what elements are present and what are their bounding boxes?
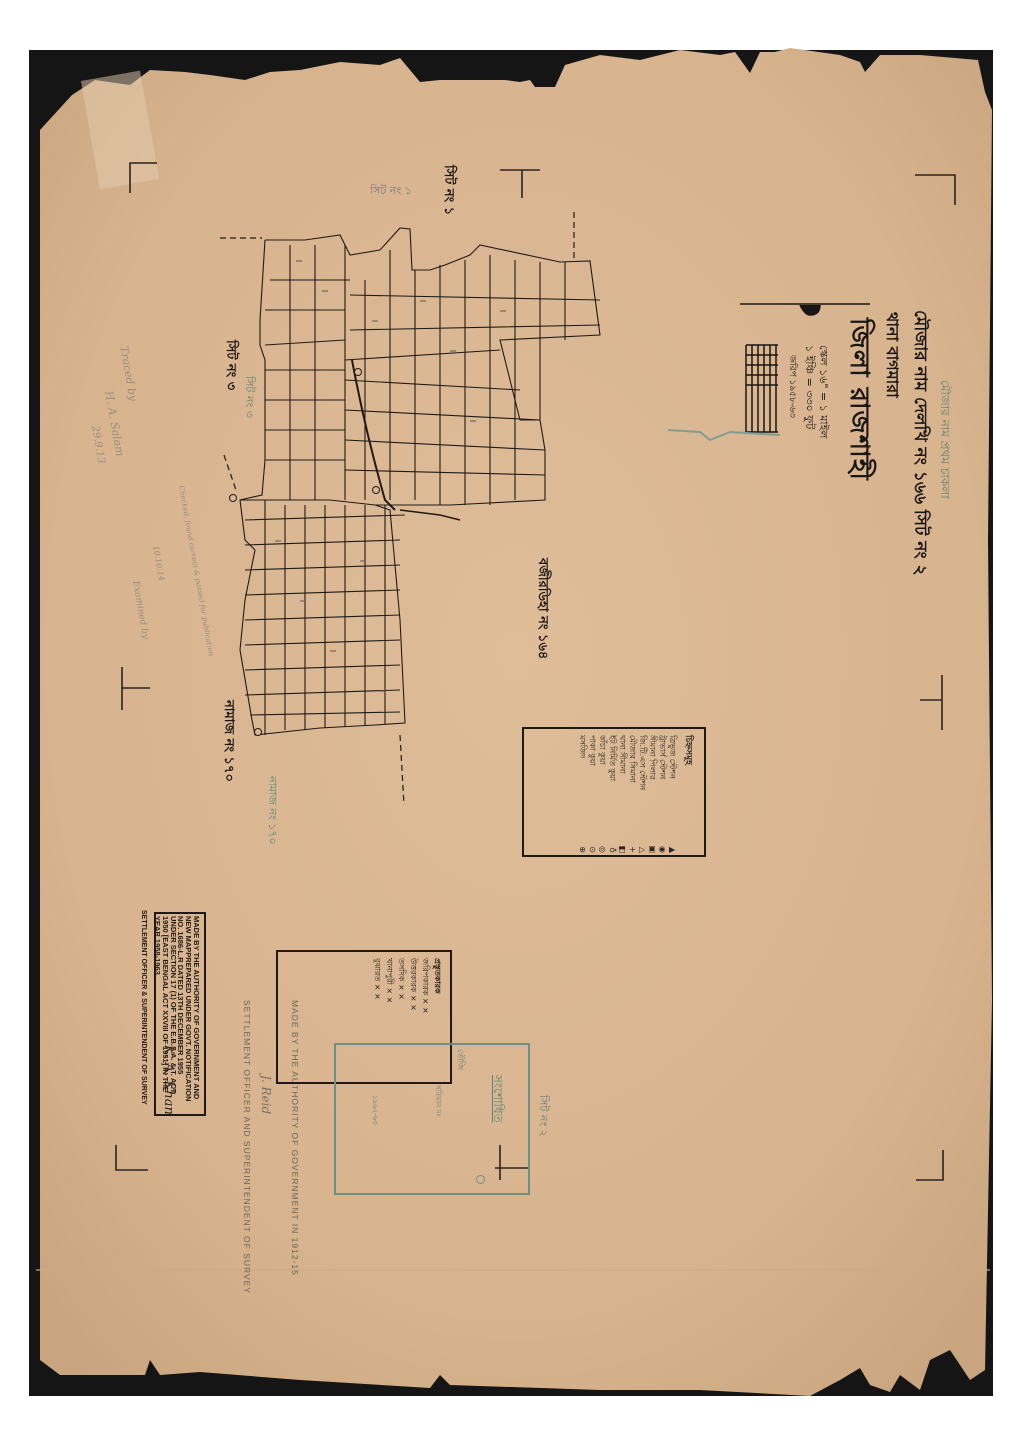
legend-item: কাঁচা কুয়া◎ — [597, 735, 607, 853]
triangle-icon: ▲ — [667, 847, 677, 853]
mosque-icon: ⊕ — [577, 846, 587, 853]
revision-title: সংশোধিত — [486, 1075, 506, 1123]
appendix-sheet-label: সিট নং ২ — [533, 1095, 552, 1137]
boundary-label-right: বজীরডিহা নং ১৬৪ — [531, 558, 552, 659]
survey-note: জরিপ ১৯৫৮-৬৩ — [785, 355, 800, 418]
sheet-label-top: সিট নং ১ — [437, 165, 458, 215]
boundary-cross-icon: + — [627, 846, 637, 853]
thana-boundary-icon: ◧ — [617, 845, 627, 853]
map-paper — [0, 0, 1024, 1447]
revision-note: খতিয়ান নং — [432, 1085, 444, 1117]
legend-item: জি.টি.এস স্টেশন△ — [637, 735, 647, 853]
legend-item: ইট নির্মিত কুয়া♁ — [607, 735, 617, 853]
boundary-label-bottom-green: নামাজ নং ১৭০ — [262, 776, 281, 845]
old-authority-signature: J. Reid — [259, 1075, 273, 1114]
legend-box: চিহ্নসমূহ ত্রিভুজ স্টেশন▲ ট্রাভার্স স্টে… — [522, 727, 706, 857]
sheet-label-top-green: সিট নং ১ — [370, 182, 412, 201]
authority-signature: K. A. Khan — [161, 1045, 176, 1115]
legend-item: সীমানা পিলার▣ — [647, 735, 657, 853]
pucca-well-icon: ⊙ — [587, 846, 597, 853]
sheet-label-left-green: সিট নং ৩ — [239, 376, 258, 418]
brick-well-icon: ♁ — [607, 847, 617, 853]
scale-line-2: ১ ইঞ্চি = ৩৩০ ফুট — [799, 345, 818, 429]
thana-line: থানা বাগমারা — [878, 312, 905, 398]
green-overprint: মৌজার নাম প্রথম চাকলা — [933, 380, 953, 499]
legend-item: ট্রাভার্স স্টেশন◉ — [657, 735, 667, 853]
revision-subtitle: তৌজি — [453, 1049, 466, 1070]
legend-item: মসজিদ⊕ — [577, 735, 587, 853]
revision-box: সংশোধিত তৌজি খতিয়ান নং ১৯৬২-৬৩ — [334, 1043, 530, 1195]
sheet-label-left: সিট নং ৩ — [219, 340, 240, 390]
boundary-label-bottom: নামাজ নং ১৭০ — [217, 700, 238, 782]
legend-item: ত্রিভুজ স্টেশন▲ — [667, 735, 677, 853]
mouza-name-line: মৌজার নাম দেলখি নং ১৬৬ সিট নং ২ — [905, 310, 933, 576]
pillar-icon: ▣ — [647, 845, 657, 853]
authority-footer: SETTLEMENT OFFICER & SUPERINTENDENT OF S… — [137, 910, 150, 1105]
traverse-station-icon: ◉ — [657, 846, 667, 853]
legend-title: চিহ্নসমূহ — [681, 735, 696, 853]
revision-footnote: ১৯৬২-৬৩ — [369, 1095, 381, 1125]
legend-item: মৌজার সিমানা+ — [627, 735, 637, 853]
legend-item: পাকা কুয়া⊙ — [587, 735, 597, 853]
legend-item: থানা সীমানা◧ — [617, 735, 627, 853]
preparer-title: প্রস্তুতকারক — [431, 958, 443, 1014]
old-authority-line-2: SETTLEMENT OFFICER AND SUPERINTENDENT OF… — [242, 1000, 252, 1294]
gts-station-icon: △ — [637, 847, 647, 853]
district-title: জিলা রাজশাহী — [836, 318, 880, 481]
kutcha-well-icon: ◎ — [597, 846, 607, 853]
revision-circle — [476, 1175, 485, 1184]
